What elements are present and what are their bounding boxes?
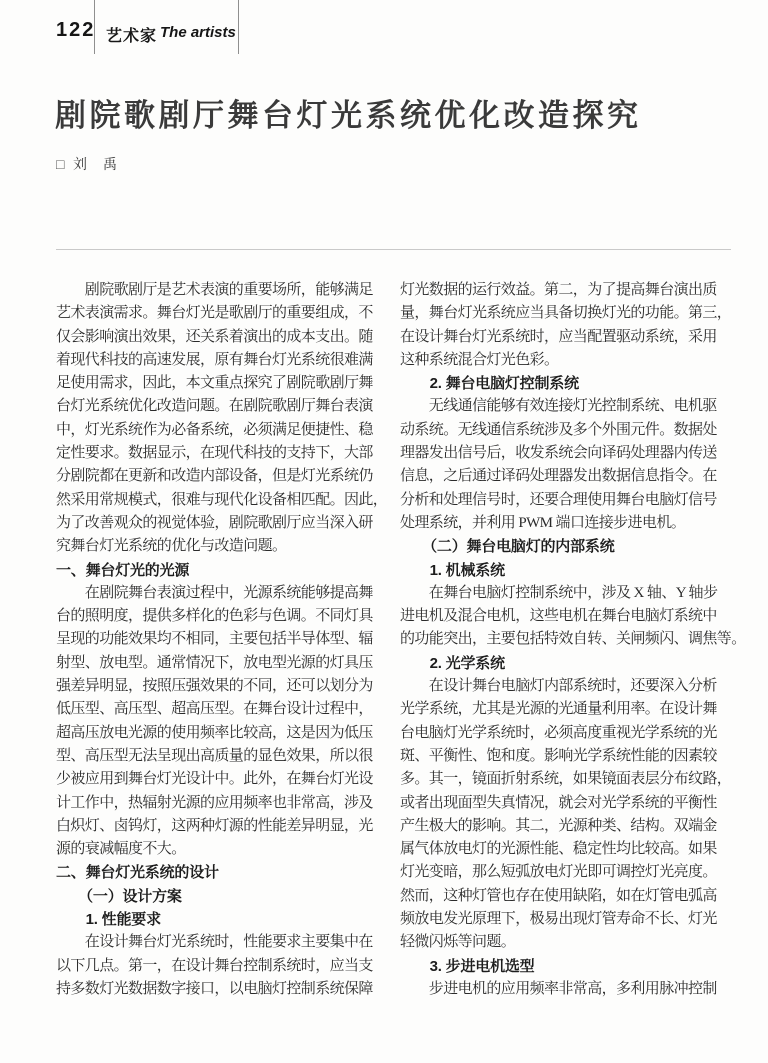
text-line: 强差异明显，按照压强效果的不同，还可以划分为 — [56, 675, 383, 698]
text-line: 产生极大的影响。其二，光源种类、结构。双端金 — [400, 815, 727, 838]
header-divider-left — [94, 0, 95, 54]
text-line: 定性要求。数据显示，在现代科技的支持下，大部 — [56, 442, 383, 465]
page-number: 122 — [56, 19, 95, 42]
text-line: 台电脑灯光学系统时，必须高度重视光学系统的光 — [400, 722, 727, 745]
text-line: 这种系统混合灯光色彩。 — [400, 349, 727, 372]
text-line: 少被应用到舞台灯光设计中。此外，在舞台灯光设 — [56, 768, 383, 791]
text-line: 超高压放电光源的使用频率比较高，这是因为低压 — [56, 722, 383, 745]
text-line: 无线通信能够有效连接灯光控制系统、电机驱 — [400, 395, 727, 418]
section-heading: 1. 机械系统 — [400, 559, 727, 582]
text-line: 灯光变暗，那么短弧放电灯光即可调控灯光亮度。 — [400, 861, 727, 884]
text-line: 艺术表演需求。舞台灯光是歌剧厅的重要组成，不 — [56, 302, 383, 325]
text-line: 源的衰减幅度不大。 — [56, 838, 383, 861]
text-line: 持多数灯光数据数字接口，以电脑灯控制系统保障 — [56, 978, 383, 1001]
text-line: 理器发出信号后，收发系统会向译码处理器内传送 — [400, 442, 727, 465]
section-heading: 2. 光学系统 — [400, 652, 727, 675]
text-line: 步进电机的应用频率非常高，多利用脉冲控制 — [400, 978, 727, 1001]
text-line: 台的照明度，提供多样化的色彩与色调。不同灯具 — [56, 605, 383, 628]
header-divider-right — [238, 0, 239, 54]
text-line: 型、高压型无法呈现出高质量的显色效果，所以很 — [56, 745, 383, 768]
text-line: 信息，之后通过译码处理器发出数据信息指令。在 — [400, 465, 727, 488]
text-line: 的功能突出，主要包括特效自转、关闸频闪、调焦等。 — [400, 628, 727, 651]
text-line: 射型、放电型。通常情况下，放电型光源的灯具压 — [56, 652, 383, 675]
right-column: 灯光数据的运行效益。第二，为了提高舞台演出质量，舞台灯光系统应当具备切换灯光的功… — [400, 279, 727, 1001]
section-heading: 1. 性能要求 — [56, 908, 383, 931]
text-line: 在舞台电脑灯控制系统中，涉及 X 轴、Y 轴步 — [400, 582, 727, 605]
text-line: 在设计舞台灯光系统时，性能要求主要集中在 — [56, 931, 383, 954]
text-line: 频放电发光原理下，极易出现灯管寿命不长、灯光 — [400, 908, 727, 931]
section-heading: 3. 步进电机选型 — [400, 955, 727, 978]
left-column: 剧院歌剧厅是艺术表演的重要场所，能够满足艺术表演需求。舞台灯光是歌剧厅的重要组成… — [56, 279, 383, 1001]
author-line: □ 刘 禹 — [56, 154, 118, 174]
text-line: 仅会影响演出效果，还关系着演出的成本支出。随 — [56, 326, 383, 349]
text-line: 在设计舞台灯光系统时，应当配置驱动系统，采用 — [400, 326, 727, 349]
text-line: 白炽灯、卤钨灯，这两种灯源的性能差异明显，光 — [56, 815, 383, 838]
text-line: 多。其一，镜面折射系统，如果镜面表层分布纹路， — [400, 768, 727, 791]
text-line: 分剧院都在更新和改造内部设备，但是灯光系统仍 — [56, 465, 383, 488]
author-marker-icon: □ — [56, 158, 65, 173]
text-line: 或者出现面型失真情况，就会对光学系统的平衡性 — [400, 792, 727, 815]
text-line: 然而，这种灯管也存在使用缺陷，如在灯管电弧高 — [400, 885, 727, 908]
text-line: 呈现的功能效果均不相同，主要包括半导体型、辐 — [56, 628, 383, 651]
text-line: 计工作中，热辐射光源的应用频率也非常高，涉及 — [56, 792, 383, 815]
text-line: 在剧院舞台表演过程中，光源系统能够提高舞 — [56, 582, 383, 605]
text-line: 动系统。无线通信系统涉及多个外围元件。数据处 — [400, 419, 727, 442]
section-title-en: The artists — [160, 24, 236, 41]
text-line: 究舞台灯光系统的优化与改造问题。 — [56, 535, 383, 558]
text-line: 量，舞台灯光系统应当具备切换灯光的功能。第三， — [400, 302, 727, 325]
text-line: 为了改善观众的视觉体验，剧院歌剧厅应当深入研 — [56, 512, 383, 535]
text-line: 轻微闪烁等问题。 — [400, 931, 727, 954]
journal-page: 122 艺术家 The artists 剧院歌剧厅舞台灯光系统优化改造探究 □ … — [0, 0, 768, 1063]
title-body-divider — [56, 249, 731, 250]
text-line: 剧院歌剧厅是艺术表演的重要场所，能够满足 — [56, 279, 383, 302]
section-heading: 一、舞台灯光的光源 — [56, 559, 383, 582]
author-name: 刘 禹 — [73, 158, 118, 173]
text-line: 着现代科技的高速发展，原有舞台灯光系统很难满 — [56, 349, 383, 372]
text-line: 足使用需求，因此，本文重点探究了剧院歌剧厅舞 — [56, 372, 383, 395]
text-line: 中，灯光系统作为必备系统，必须满足便捷性、稳 — [56, 419, 383, 442]
section-title-cn: 艺术家 — [106, 23, 157, 46]
section-heading: 二、舞台灯光系统的设计 — [56, 861, 383, 884]
text-line: 进电机及混合电机，这些电机在舞台电脑灯系统中 — [400, 605, 727, 628]
section-heading: （一）设计方案 — [56, 885, 383, 908]
text-line: 灯光数据的运行效益。第二，为了提高舞台演出质 — [400, 279, 727, 302]
text-line: 分析和处理信号时，还要合理使用舞台电脑灯信号 — [400, 489, 727, 512]
text-line: 光学系统，尤其是光源的光通量利用率。在设计舞 — [400, 698, 727, 721]
article-body: 剧院歌剧厅是艺术表演的重要场所，能够满足艺术表演需求。舞台灯光是歌剧厅的重要组成… — [56, 279, 728, 1001]
text-line: 在设计舞台电脑灯内部系统时，还要深入分析 — [400, 675, 727, 698]
text-line: 以下几点。第一，在设计舞台控制系统时，应当支 — [56, 955, 383, 978]
text-line: 台灯光系统优化改造问题。在剧院歌剧厅舞台表演 — [56, 395, 383, 418]
text-line: 斑、平衡性、饱和度。影响光学系统性能的因素较 — [400, 745, 727, 768]
text-line: 低压型、高压型、超高压型。在舞台设计过程中， — [56, 698, 383, 721]
section-heading: 2. 舞台电脑灯控制系统 — [400, 372, 727, 395]
text-line: 处理系统，并利用 PWM 端口连接步进电机。 — [400, 512, 727, 535]
text-line: 属气体放电灯的光源性能、稳定性均比较高。如果 — [400, 838, 727, 861]
text-line: 然采用常规模式，很难与现代化设备相匹配。因此， — [56, 489, 383, 512]
article-title: 剧院歌剧厅舞台灯光系统优化改造探究 — [55, 90, 642, 135]
section-heading: （二）舞台电脑灯的内部系统 — [400, 535, 727, 558]
